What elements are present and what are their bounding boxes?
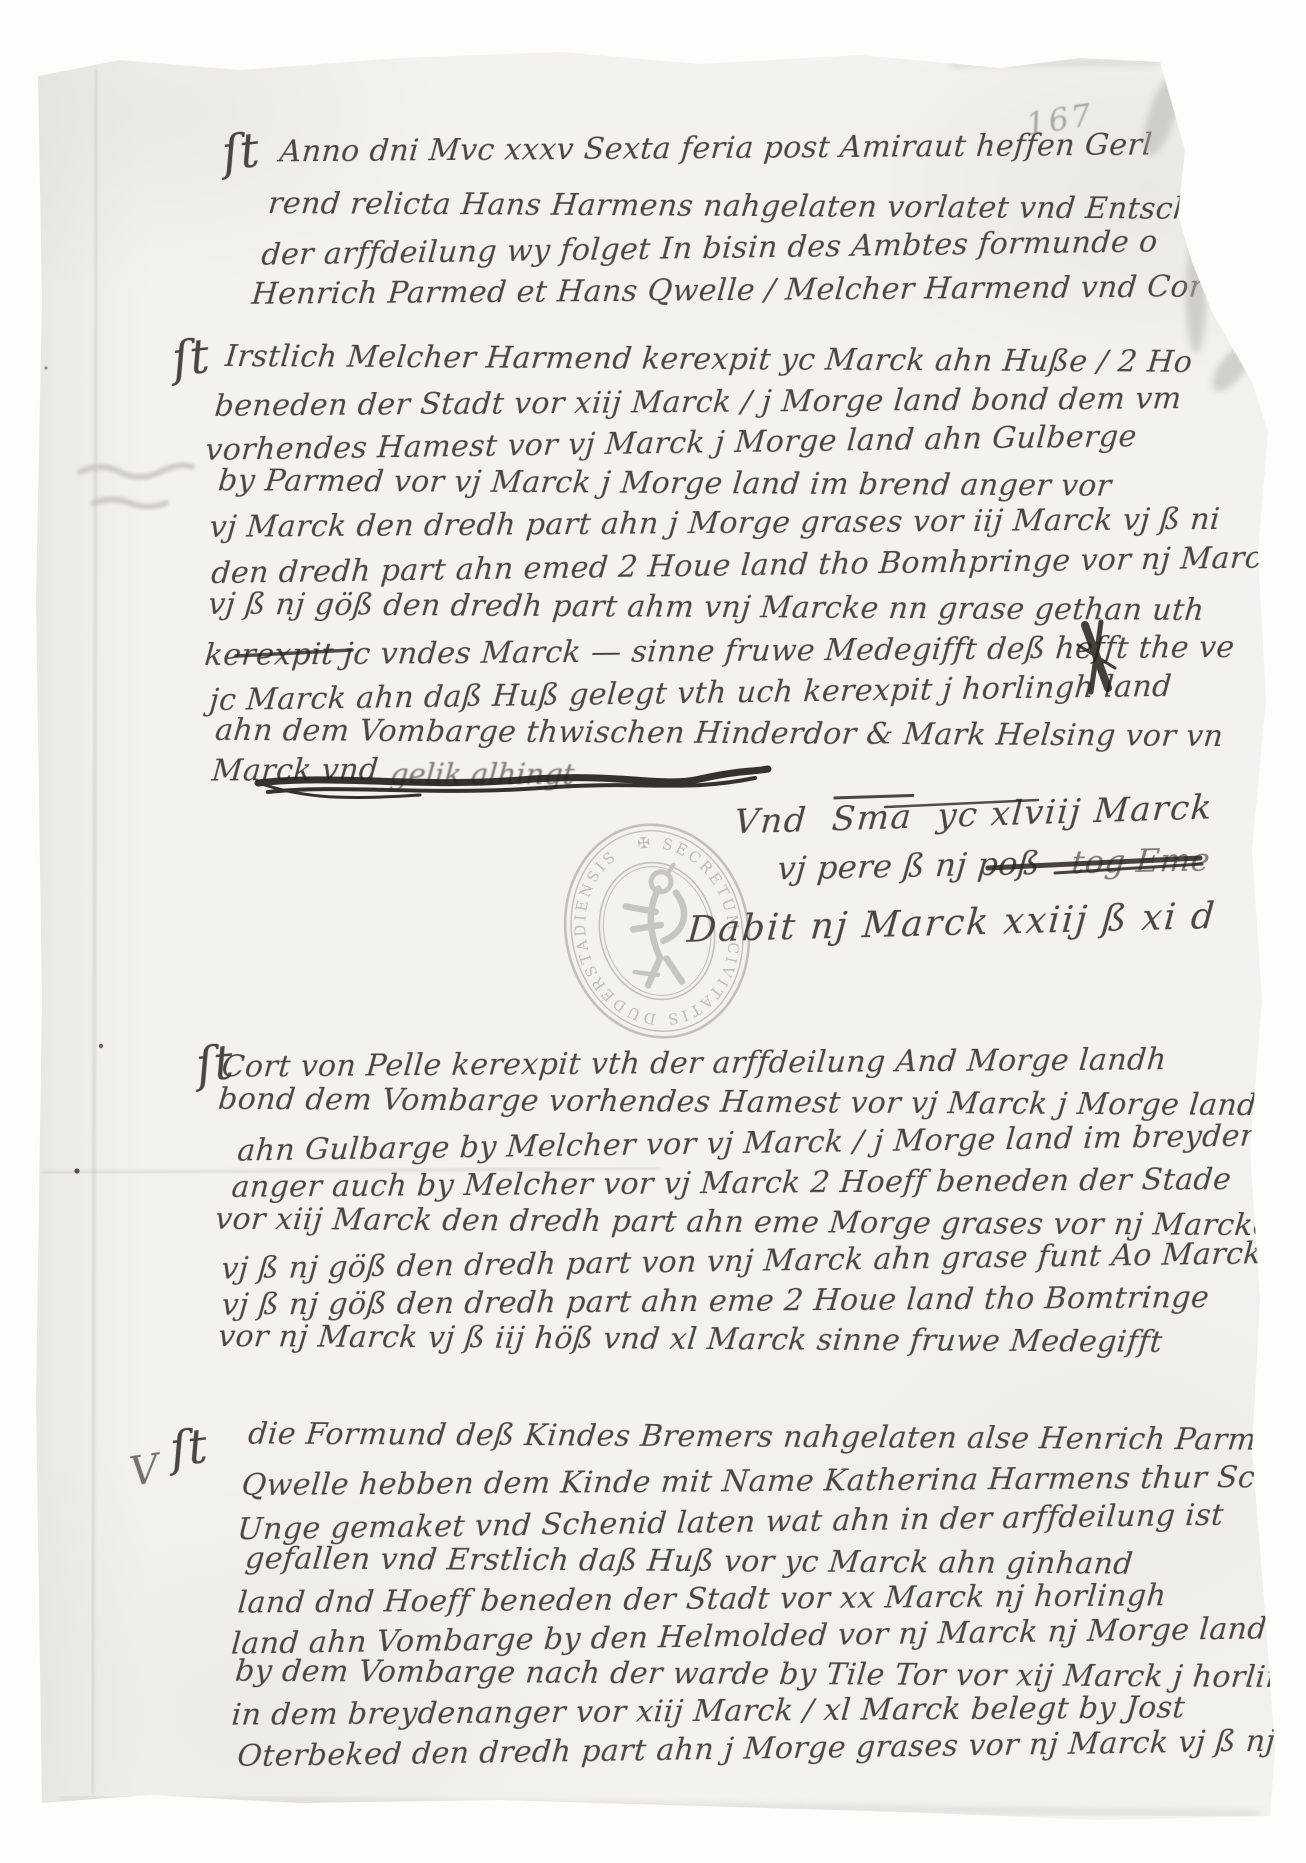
- text-line: Irstlich Melcher Harmend kerexpit yc Mar…: [224, 339, 1194, 380]
- text-line: by dem Vombarge nach der warde by Tile T…: [234, 1654, 1306, 1696]
- text-line: vj ß nj göß den dredh part von vnj Marck…: [220, 1236, 1263, 1286]
- text-line: vj ß nj göß den dredh part ahn eme 2 Hou…: [220, 1280, 1210, 1323]
- text-line: by Parmed vor vj Marck j Morge land im b…: [217, 463, 1114, 503]
- text-line: vj Marck den dredh part ahn j Morge gras…: [208, 502, 1221, 545]
- text-line: beneden der Stadt vor xiij Marck / j Mor…: [213, 381, 1183, 424]
- paragraph-mark: ſt: [219, 122, 262, 182]
- manuscript-page: ✠ SECRETUM CIVITATIS DUDERSTADIENSIS 167: [0, 0, 1306, 1863]
- text-line: die Formund deß Kindes Bremers nahgelate…: [247, 1417, 1306, 1459]
- text-line: vorhendes Hamest vor vj Marck j Morge la…: [204, 419, 1138, 468]
- summa-abbreviation: Sma: [830, 797, 913, 840]
- text-line: bond dem Vombarge vorhendes Hamest vor v…: [217, 1082, 1279, 1123]
- text-line: der arffdeilung wy folget In bisin des A…: [260, 224, 1159, 272]
- text-line: vor nj Marck vj ß iij höß vnd xl Marck s…: [217, 1319, 1164, 1360]
- ink-speck: [99, 1044, 103, 1048]
- text-line: den dredh part ahn emed 2 Houe land tho …: [210, 540, 1300, 591]
- summa-line: vj pere ß nj poß tog Eme: [776, 840, 1212, 887]
- summa-prefix: Vnd: [733, 800, 809, 842]
- text-line: Qwelle hebben dem Kinde mit Name Katheri…: [240, 1460, 1306, 1503]
- margin-check-mark: V: [127, 1446, 162, 1496]
- text-line: vor xiij Marck den dredh part ahn eme Mo…: [214, 1202, 1273, 1243]
- bleed-through-marks: [80, 465, 192, 506]
- summa-amount: yc xlviij Marck: [936, 788, 1215, 837]
- text-line: Henrich Parmed et Hans Qwelle / Melcher …: [250, 269, 1245, 312]
- text-line: Cort von Pelle kerexpit vth der arffdeil…: [220, 1042, 1168, 1084]
- text-line: rend relicta Hans Harmens nahgelaten vor…: [267, 186, 1213, 227]
- scanned-manuscript: ✠ SECRETUM CIVITATIS DUDERSTADIENSIS 167: [0, 0, 1306, 1863]
- dabit-line: Dabit nj Marck xxiij ß xi d: [686, 896, 1218, 951]
- text-line: Marck vnd: [211, 752, 380, 788]
- ink-speck: [74, 1168, 79, 1173]
- struck-text: tog Eme: [1070, 840, 1212, 881]
- struck-text: gelik alhingt: [389, 757, 576, 791]
- text-line: kerexpit jc vndes Marck — sinne fruwe Me…: [203, 630, 1236, 673]
- paragraph-mark: ſt: [169, 328, 212, 388]
- text-line: ahn dem Vombarge thwischen Hinderdor & M…: [214, 713, 1225, 754]
- text-line: Anno dni Mvc xxxv Sexta feria post Amira…: [278, 128, 1153, 170]
- summa-line2: vj pere ß nj poß: [776, 844, 1041, 887]
- paragraph-mark: ſt: [167, 1418, 210, 1478]
- text-line: Unge gemaket vnd Schenid laten wat ahn i…: [236, 1498, 1225, 1548]
- summa-line: Vnd Sma yc xlviij Marck: [733, 788, 1214, 843]
- text-line: anger auch by Melcher vor vj Marck 2 Hoe…: [230, 1162, 1232, 1205]
- ink-speck: [44, 366, 47, 369]
- text-line: ahn Gulbarge by Melcher vor vj Marck / j…: [236, 1118, 1261, 1168]
- fold-crease-vertical: [92, 70, 97, 1795]
- text-line: vj ß nj göß den dredh part ahm vnj Marck…: [207, 587, 1206, 628]
- text-line: jc Marck ahn daß Huß gelegt vth uch kere…: [208, 669, 1173, 718]
- text-line: gefallen vnd Erstlich daß Huß vor yc Mar…: [244, 1541, 1135, 1581]
- bottom-edge-shadow: [60, 1798, 1260, 1814]
